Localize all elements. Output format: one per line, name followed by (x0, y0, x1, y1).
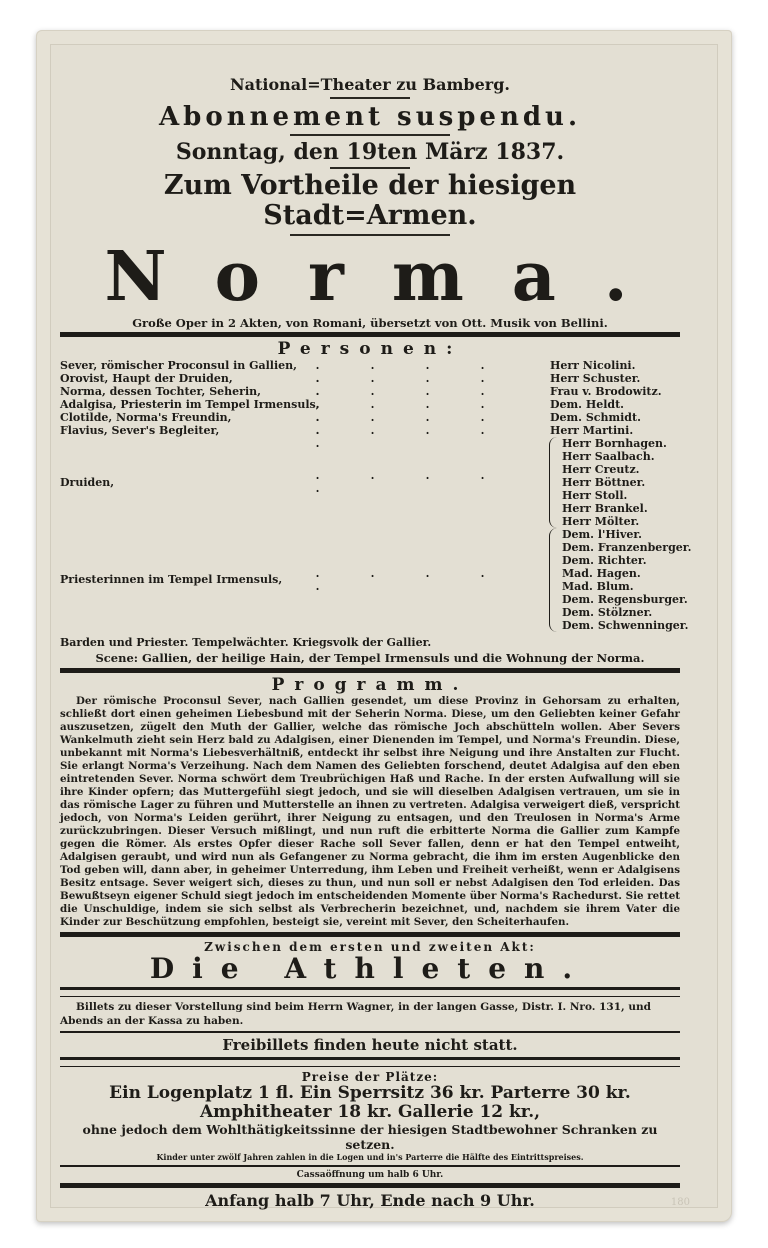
leader-dots: ..... (290, 385, 550, 398)
performance-date: Sonntag, den 19ten März 1837. (60, 140, 680, 164)
opera-subtitle: Große Oper in 2 Akten, von Romani, übers… (60, 317, 680, 330)
actor: Herr Creutz. (562, 463, 680, 476)
brace-icon (549, 528, 560, 632)
ticket-info: Billets zu dieser Vorstellung sind beim … (60, 1000, 680, 1028)
prices-line-1: Ein Logenplatz 1 fl. Ein Sperrsitz 36 kr… (60, 1084, 680, 1103)
prices-line-2: Amphitheater 18 kr. Gallerie 12 kr., (60, 1103, 680, 1122)
actor: Herr Bornhagen. (562, 437, 680, 450)
actor: Mad. Hagen. (562, 567, 680, 580)
benefit-line: Zum Vortheile der hiesigen Stadt=Armen. (60, 171, 680, 230)
heavy-divider (60, 932, 680, 937)
actor: Dem. l'Hiver. (562, 528, 680, 541)
program-heading: Programm. (60, 676, 680, 695)
prices-heading: Preise der Plätze: (60, 1070, 680, 1084)
pencil-annotation: 180 (671, 1197, 690, 1208)
actor: Herr Böttner. (562, 476, 680, 489)
cast-row: Orovist, Haupt der Druiden, ..... Herr S… (60, 372, 680, 385)
cast-row: Adalgisa, Priesterin im Tempel Irmensuls… (60, 398, 680, 411)
actor: Dem. Stölzner. (562, 606, 680, 619)
role: Flavius, Sever's Begleiter, (60, 424, 290, 437)
cast-row: Sever, römischer Proconsul in Gallien, .… (60, 359, 680, 372)
cast-row: Flavius, Sever's Begleiter, ..... Herr M… (60, 424, 680, 437)
actor: Dem. Regensburger. (562, 593, 680, 606)
actor: Herr Nicolini. (550, 359, 680, 372)
actor: Herr Mölter. (562, 515, 680, 528)
divider (330, 97, 410, 99)
program-synopsis: Der römische Proconsul Sever, nach Galli… (60, 695, 680, 929)
actor: Herr Martini. (550, 424, 680, 437)
divider (290, 234, 450, 236)
actor: Herr Schuster. (550, 372, 680, 385)
role: Clotilde, Norma's Freundin, (60, 411, 290, 424)
leader-dots: ..... (290, 372, 550, 385)
group-actors: Herr Bornhagen. Herr Saalbach. Herr Creu… (562, 437, 680, 528)
divider (290, 134, 450, 136)
brace-icon (549, 437, 560, 528)
extras-line: Barden und Priester. Tempelwächter. Krie… (60, 636, 680, 649)
cast-list: Sever, römischer Proconsul in Gallien, .… (60, 359, 680, 632)
heavy-divider (60, 332, 680, 337)
playbill-content: National=Theater zu Bamberg. Abonnement … (60, 70, 680, 1210)
actor: Dem. Franzenberger. (562, 541, 680, 554)
box-office-opening: Cassaöffnung um halb 6 Uhr. (60, 1170, 680, 1180)
children-price-note: Kinder unter zwölf Jahren zahlen in die … (60, 1152, 680, 1162)
actor: Dem. Richter. (562, 554, 680, 567)
group-actors: Dem. l'Hiver. Dem. Franzenberger. Dem. R… (562, 528, 680, 632)
heavy-divider (60, 668, 680, 673)
heavy-divider (60, 1183, 680, 1188)
role: Orovist, Haupt der Druiden, (60, 372, 290, 385)
cast-row: Clotilde, Norma's Freundin, ..... Dem. S… (60, 411, 680, 424)
divider (330, 167, 410, 169)
actor: Mad. Blum. (562, 580, 680, 593)
interlude-title: Die Athleten. (60, 954, 680, 985)
double-divider (60, 1057, 680, 1067)
role: Sever, römischer Proconsul in Gallien, (60, 359, 290, 372)
leader-dots: ..... (290, 424, 550, 437)
group-role: Druiden, (60, 476, 290, 489)
actor: Dem. Heldt. (550, 398, 680, 411)
actor: Herr Stoll. (562, 489, 680, 502)
actor: Frau v. Brodowitz. (550, 385, 680, 398)
actor: Dem. Schwenninger. (562, 619, 680, 632)
leader-dots: ..... (290, 398, 550, 411)
divider (60, 1031, 680, 1033)
actor: Herr Saalbach. (562, 450, 680, 463)
leader-dots: ..... (290, 469, 549, 495)
cast-group-priestesses: Priesterinnen im Tempel Irmensuls, .....… (60, 528, 680, 632)
leader-dots: ..... (290, 567, 549, 593)
charity-note: ohne jedoch dem Wohlthätigkeitssinne der… (60, 1122, 680, 1152)
group-role: Priesterinnen im Tempel Irmensuls, (60, 573, 290, 586)
actor: Dem. Schmidt. (550, 411, 680, 424)
role: Adalgisa, Priesterin im Tempel Irmensuls… (60, 398, 290, 411)
cast-row: Norma, dessen Tochter, Seherin, ..... Fr… (60, 385, 680, 398)
role: Norma, dessen Tochter, Seherin, (60, 385, 290, 398)
leader-dots: ..... (290, 359, 550, 372)
scene-line: Scene: Gallien, der heilige Hain, der Te… (60, 651, 680, 665)
subscription-note: Abonnement suspendu. (60, 103, 680, 132)
divider (60, 1165, 680, 1167)
double-divider (60, 987, 680, 997)
cast-group-druids: Druiden, ..... Herr Bornhagen. Herr Saal… (60, 437, 680, 528)
leader-dots: ..... (290, 411, 550, 424)
theatre-name: National=Theater zu Bamberg. (60, 76, 680, 94)
free-tickets-note: Freibillets finden heute nicht statt. (60, 1036, 680, 1054)
opera-title: Norma. (60, 240, 680, 315)
start-end-times: Anfang halb 7 Uhr, Ende nach 9 Uhr. (60, 1191, 680, 1210)
persons-heading: Personen: (60, 340, 680, 359)
actor: Herr Brankel. (562, 502, 680, 515)
